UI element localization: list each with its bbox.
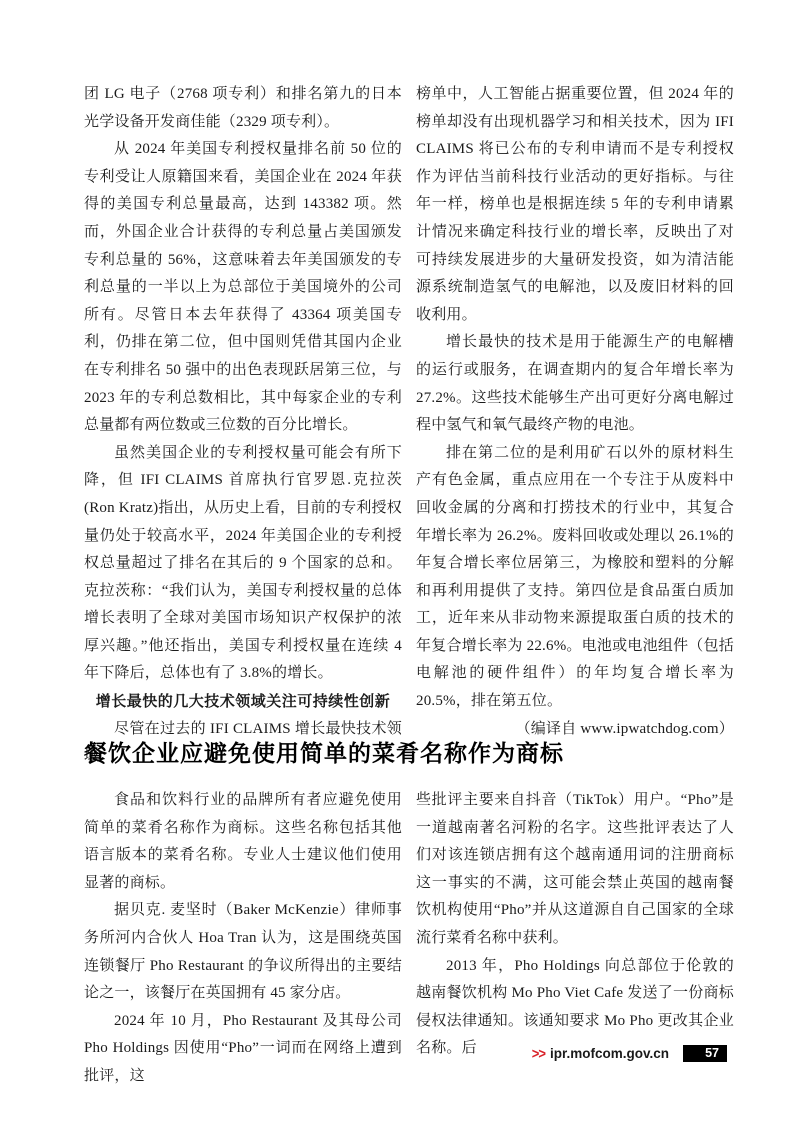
paragraph: 虽然美国企业的专利授权量可能会有所下降，但 IFI CLAIMS 首席执行官罗恩… xyxy=(84,440,402,688)
chevrons-icon: >> xyxy=(532,1045,545,1062)
article-patent-grants: 团 LG 电子（2768 项专利）和排名第九的日本光学设备开发商佳能（2329 … xyxy=(84,81,734,771)
paragraph: 增长最快的技术是用于能源生产的电解槽的运行或服务，在调查期内的复合年增长率为 2… xyxy=(416,329,734,439)
paragraph: 据贝克. 麦坚时（Baker McKenzie）律师事务所河内合伙人 Hoa T… xyxy=(84,897,402,1007)
document-page: 团 LG 电子（2768 项专利）和排名第九的日本光学设备开发商佳能（2329 … xyxy=(0,0,794,1123)
page-footer: >> ipr.mofcom.gov.cn 57 xyxy=(532,1045,727,1062)
footer-url: ipr.mofcom.gov.cn xyxy=(550,1046,669,1061)
article1-left-column: 团 LG 电子（2768 项专利）和排名第九的日本光学设备开发商佳能（2329 … xyxy=(84,81,402,771)
paragraph: 些批评主要来自抖音（TikTok）用户。“Pho”是一道越南著名河粉的名字。这些… xyxy=(416,787,734,953)
paragraph: 食品和饮料行业的品牌所有者应避免使用简单的菜肴名称作为商标。这些名称包括其他语言… xyxy=(84,787,402,897)
paragraph: 2024 年 10 月，Pho Restaurant 及其母公司 Pho Hol… xyxy=(84,1008,402,1091)
section-subheading: 增长最快的几大技术领域关注可持续性创新 xyxy=(84,688,402,716)
page-number-badge: 57 xyxy=(683,1045,727,1062)
paragraph: 榜单中，人工智能占据重要位置，但 2024 年的榜单却没有出现机器学习和相关技术… xyxy=(416,81,734,329)
article1-right-column: 榜单中，人工智能占据重要位置，但 2024 年的榜单却没有出现机器学习和相关技术… xyxy=(416,81,734,771)
paragraph: 从 2024 年美国专利授权量排名前 50 位的专利受让人原籍国来看，美国企业在… xyxy=(84,136,402,440)
article2-left-column: 食品和饮料行业的品牌所有者应避免使用简单的菜肴名称作为商标。这些名称包括其他语言… xyxy=(84,787,402,1091)
paragraph: 团 LG 电子（2768 项专利）和排名第九的日本光学设备开发商佳能（2329 … xyxy=(84,81,402,136)
article-title: 餐饮企业应避免使用简单的菜肴名称作为商标 xyxy=(84,736,734,770)
paragraph: 排在第二位的是利用矿石以外的原材料生产有色金属，重点应用在一个专注于从废料中回收… xyxy=(416,440,734,716)
